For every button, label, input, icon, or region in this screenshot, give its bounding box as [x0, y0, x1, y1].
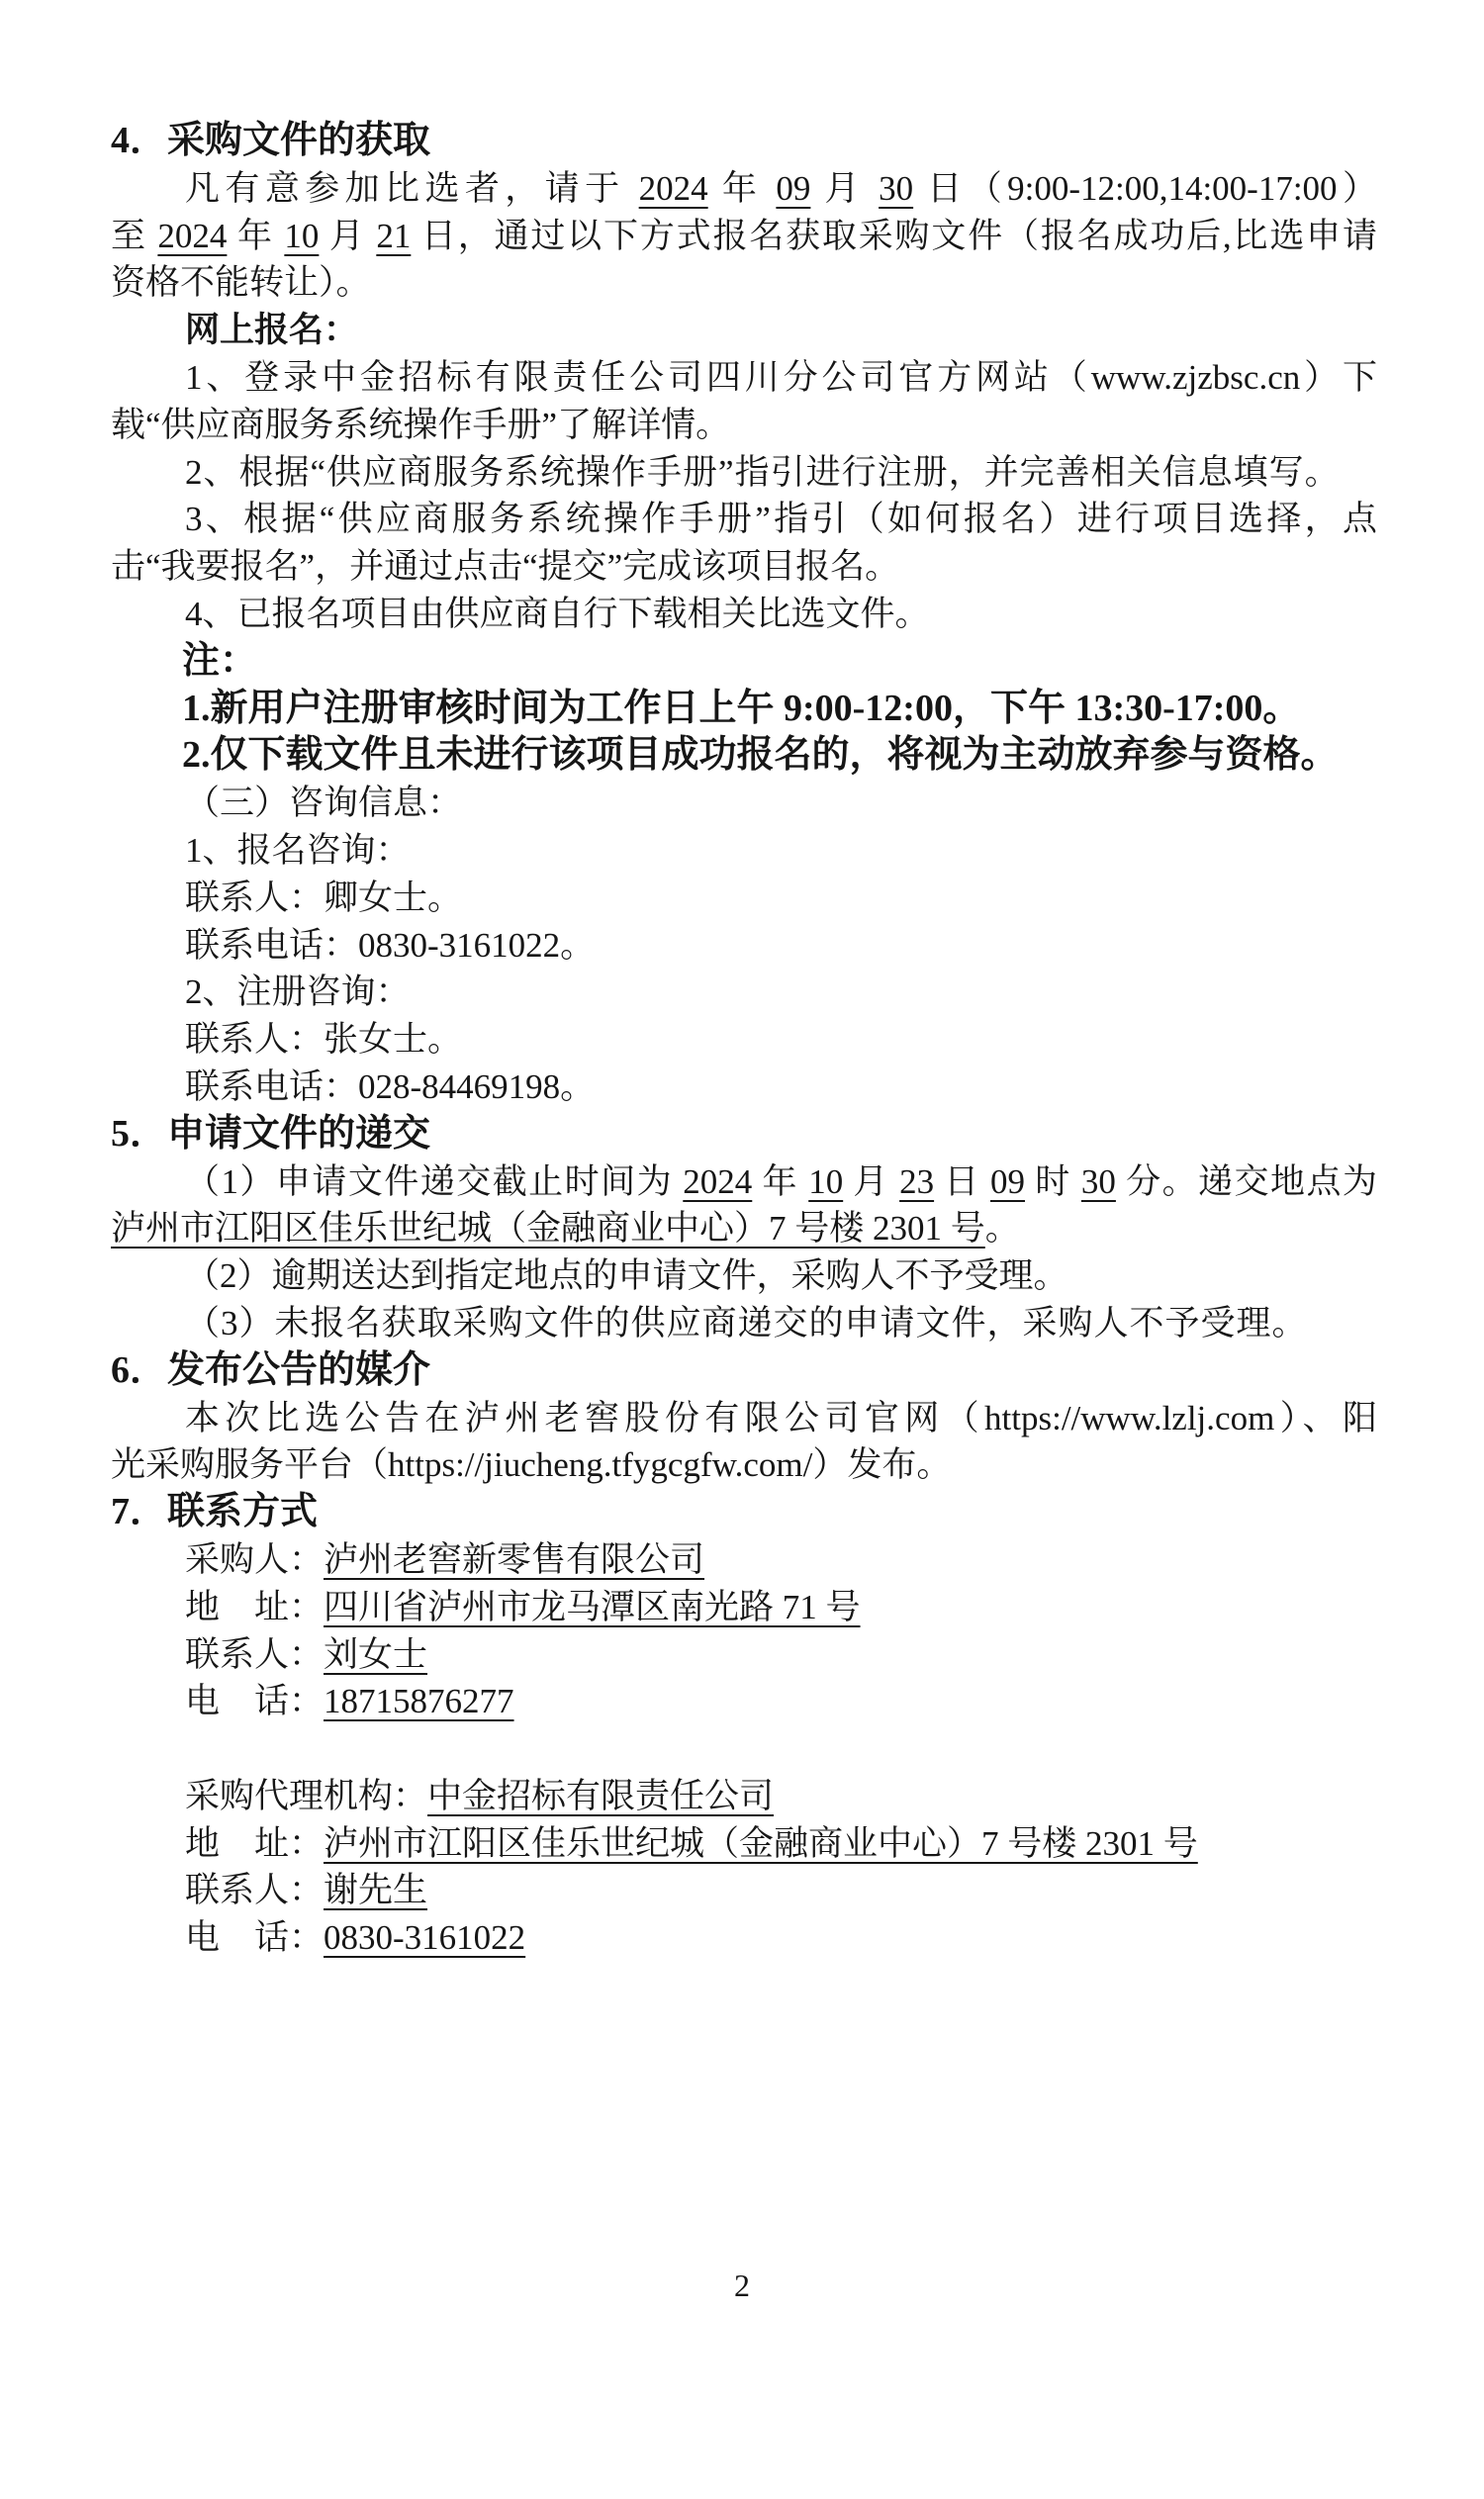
text-segment: 击“我要报名”，并通过点击“提交”完成该项目报名。 — [111, 547, 899, 586]
text-line: 电 话：0830-3161022 — [111, 1914, 1377, 1962]
text-segment: 5．申请文件的递交 — [111, 1113, 430, 1155]
underlined-value: 2024 — [683, 1162, 752, 1201]
text-segment: 3、根据“供应商服务系统操作手册”指引（如何报名）进行项目选择，点 — [185, 500, 1377, 538]
text-segment: 2.仅下载文件且未进行该项目成功报名的，将视为主动放弃参与资格。 — [182, 734, 1339, 776]
section-heading: 6．发布公告的媒介 — [111, 1347, 1377, 1395]
underlined-value: 09 — [990, 1162, 1025, 1201]
document-content: 4．采购文件的获取凡有意参加比选者，请于 2024 年 09 月 30 日（9:… — [111, 118, 1377, 1962]
underlined-value: 0830-3161022 — [324, 1918, 525, 1957]
text-segment: 2、注册咨询： — [185, 972, 411, 1011]
text-line: 资格不能转让）。 — [111, 259, 1377, 307]
text-segment: （2）逾期送达到指定地点的申请文件，采购人不予受理。 — [185, 1256, 1068, 1295]
text-line: 地 址：泸州市江阳区佳乐世纪城（金融商业中心）7 号楼 2301 号 — [111, 1820, 1377, 1868]
text-segment: 电 话： — [185, 1682, 324, 1720]
underlined-value: 刘女士 — [324, 1635, 427, 1674]
text-line: 采购人：泸州老窖新零售有限公司 — [111, 1536, 1377, 1584]
text-segment: 地 址： — [185, 1824, 324, 1863]
text-line: 凡有意参加比选者，请于 2024 年 09 月 30 日（9:00-12:00,… — [111, 165, 1377, 213]
text-line: 联系人：卿女士。 — [111, 875, 1377, 922]
underlined-value: 泸州老窖新零售有限公司 — [324, 1540, 704, 1579]
text-line: 2、根据“供应商服务系统操作手册”指引进行注册，并完善相关信息填写。 — [111, 449, 1377, 497]
text-segment: 1.新用户注册审核时间为工作日上午 9:00-12:00，下午 13:30-17… — [182, 688, 1300, 729]
blank-line — [111, 1725, 1377, 1773]
text-segment: 日（9:00-12:00,14:00-17:00） — [913, 169, 1377, 208]
text-line: （3）未报名获取采购文件的供应商递交的申请文件，采购人不予受理。 — [111, 1300, 1377, 1347]
text-segment: 1、报名咨询： — [185, 831, 411, 870]
text-segment: （1）申请文件递交截止时间为 — [185, 1162, 683, 1201]
underlined-value: 30 — [1081, 1162, 1116, 1201]
text-segment: 载“供应商服务系统操作手册”了解详情。 — [111, 406, 730, 444]
underlined-value: 谢先生 — [324, 1871, 427, 1909]
text-segment: 本次比选公告在泸州老窖股份有限公司官网（https://www.lzlj.com… — [185, 1399, 1377, 1437]
text-line: （三）咨询信息： — [111, 780, 1377, 827]
text-segment: 联系人：张女士。 — [185, 1020, 462, 1059]
text-segment: 年 — [708, 169, 777, 208]
text-line: 4、已报名项目由供应商自行下载相关比选文件。 — [111, 591, 1377, 638]
text-line: （2）逾期送达到指定地点的申请文件，采购人不予受理。 — [111, 1252, 1377, 1300]
text-line: 2、注册咨询： — [111, 969, 1377, 1016]
text-segment: 7．联系方式 — [111, 1491, 318, 1532]
text-segment: 采购人： — [185, 1540, 324, 1579]
section-heading: 4．采购文件的获取 — [111, 118, 1377, 165]
text-segment: 电 话： — [185, 1918, 324, 1957]
underlined-value: 中金招标有限责任公司 — [427, 1777, 774, 1815]
text-segment: 采购代理机构： — [185, 1777, 427, 1815]
text-segment: 2、根据“供应商服务系统操作手册”指引进行注册，并完善相关信息填写。 — [185, 453, 1341, 492]
text-segment: 资格不能转让）。 — [111, 263, 371, 302]
text-line: 联系人：刘女士 — [111, 1631, 1377, 1679]
text-segment: 分。递交地点为 — [1116, 1162, 1377, 1201]
text-line: 联系人：谢先生 — [111, 1867, 1377, 1914]
text-line: 3、根据“供应商服务系统操作手册”指引（如何报名）进行项目选择，点 — [111, 496, 1377, 543]
text-line: 1、报名咨询： — [111, 827, 1377, 875]
text-line: 1.新用户注册审核时间为工作日上午 9:00-12:00，下午 13:30-17… — [111, 686, 1377, 733]
underlined-value: 21 — [376, 217, 411, 255]
underlined-value: 09 — [776, 169, 810, 208]
text-segment: 至 — [111, 217, 157, 255]
text-segment: 联系电话：028-84469198。 — [185, 1067, 595, 1106]
text-segment: 联系人： — [185, 1871, 324, 1909]
text-line: 采购代理机构：中金招标有限责任公司 — [111, 1773, 1377, 1820]
underlined-value: 10 — [808, 1162, 843, 1201]
underlined-value: 10 — [284, 217, 319, 255]
underlined-value: 30 — [879, 169, 913, 208]
text-segment: 月 — [319, 217, 376, 255]
page-number: 2 — [0, 2262, 1484, 2309]
underlined-value: 四川省泸州市龙马潭区南光路 71 号 — [324, 1588, 861, 1626]
text-segment: 联系人： — [185, 1635, 324, 1674]
text-segment: 凡有意参加比选者，请于 — [185, 169, 639, 208]
text-line: 1、登录中金招标有限责任公司四川分公司官方网站（www.zjzbsc.cn）下 — [111, 354, 1377, 402]
text-line: 联系电话：028-84469198。 — [111, 1064, 1377, 1111]
text-line: 联系人：张女士。 — [111, 1016, 1377, 1064]
text-segment: 月 — [843, 1162, 899, 1201]
text-segment: 1、登录中金招标有限责任公司四川分公司官方网站（www.zjzbsc.cn）下 — [185, 358, 1377, 397]
text-line: 注： — [111, 638, 1377, 686]
text-line: 地 址：四川省泸州市龙马潭区南光路 71 号 — [111, 1584, 1377, 1631]
text-line: （1）申请文件递交截止时间为 2024 年 10 月 23 日 09 时 30 … — [111, 1158, 1377, 1206]
text-segment: 。 — [985, 1209, 1020, 1248]
document-page: 4．采购文件的获取凡有意参加比选者，请于 2024 年 09 月 30 日（9:… — [0, 0, 1484, 2499]
text-segment: 月 — [810, 169, 879, 208]
text-segment: 日 — [934, 1162, 990, 1201]
underlined-value: 2024 — [639, 169, 708, 208]
text-segment: 地 址： — [185, 1588, 324, 1626]
text-line: 本次比选公告在泸州老窖股份有限公司官网（https://www.lzlj.com… — [111, 1395, 1377, 1442]
section-heading: 7．联系方式 — [111, 1489, 1377, 1536]
text-segment: 联系电话：0830-3161022。 — [185, 926, 595, 965]
underlined-value: 泸州市江阳区佳乐世纪城（金融商业中心）7 号楼 2301 号 — [111, 1209, 985, 1248]
text-segment: （3）未报名获取采购文件的供应商递交的申请文件，采购人不予受理。 — [185, 1304, 1308, 1342]
text-segment: 4．采购文件的获取 — [111, 120, 430, 161]
section-heading: 5．申请文件的递交 — [111, 1111, 1377, 1158]
underlined-value: 2024 — [157, 217, 227, 255]
text-segment: 4、已报名项目由供应商自行下载相关比选文件。 — [185, 595, 930, 633]
text-line: 至 2024 年 10 月 21 日，通过以下方式报名获取采购文件（报名成功后,… — [111, 213, 1377, 260]
text-segment: （三）咨询信息： — [185, 784, 462, 822]
text-line: 载“供应商服务系统操作手册”了解详情。 — [111, 402, 1377, 449]
text-segment: 年 — [227, 217, 284, 255]
text-line: 网上报名： — [111, 307, 1377, 354]
text-line: 光采购服务平台（https://jiucheng.tfygcgfw.com/）发… — [111, 1441, 1377, 1489]
text-line: 2.仅下载文件且未进行该项目成功报名的，将视为主动放弃参与资格。 — [111, 732, 1377, 780]
text-line: 泸州市江阳区佳乐世纪城（金融商业中心）7 号楼 2301 号。 — [111, 1205, 1377, 1252]
text-line: 电 话：18715876277 — [111, 1678, 1377, 1725]
text-line: 联系电话：0830-3161022。 — [111, 922, 1377, 970]
text-segment: 年 — [752, 1162, 808, 1201]
text-segment: 网上报名： — [185, 311, 358, 349]
underlined-value: 泸州市江阳区佳乐世纪城（金融商业中心）7 号楼 2301 号 — [324, 1824, 1198, 1863]
text-segment: 联系人：卿女士。 — [185, 879, 462, 917]
text-segment: 日，通过以下方式报名获取采购文件（报名成功后,比选申请 — [411, 217, 1377, 255]
text-segment: 时 — [1025, 1162, 1081, 1201]
text-segment: 6．发布公告的媒介 — [111, 1349, 430, 1391]
text-segment: 光采购服务平台（https://jiucheng.tfygcgfw.com/）发… — [111, 1445, 951, 1484]
underlined-value: 18715876277 — [324, 1682, 514, 1720]
text-segment: 注： — [182, 640, 257, 682]
underlined-value: 23 — [899, 1162, 934, 1201]
text-line: 击“我要报名”，并通过点击“提交”完成该项目报名。 — [111, 543, 1377, 591]
